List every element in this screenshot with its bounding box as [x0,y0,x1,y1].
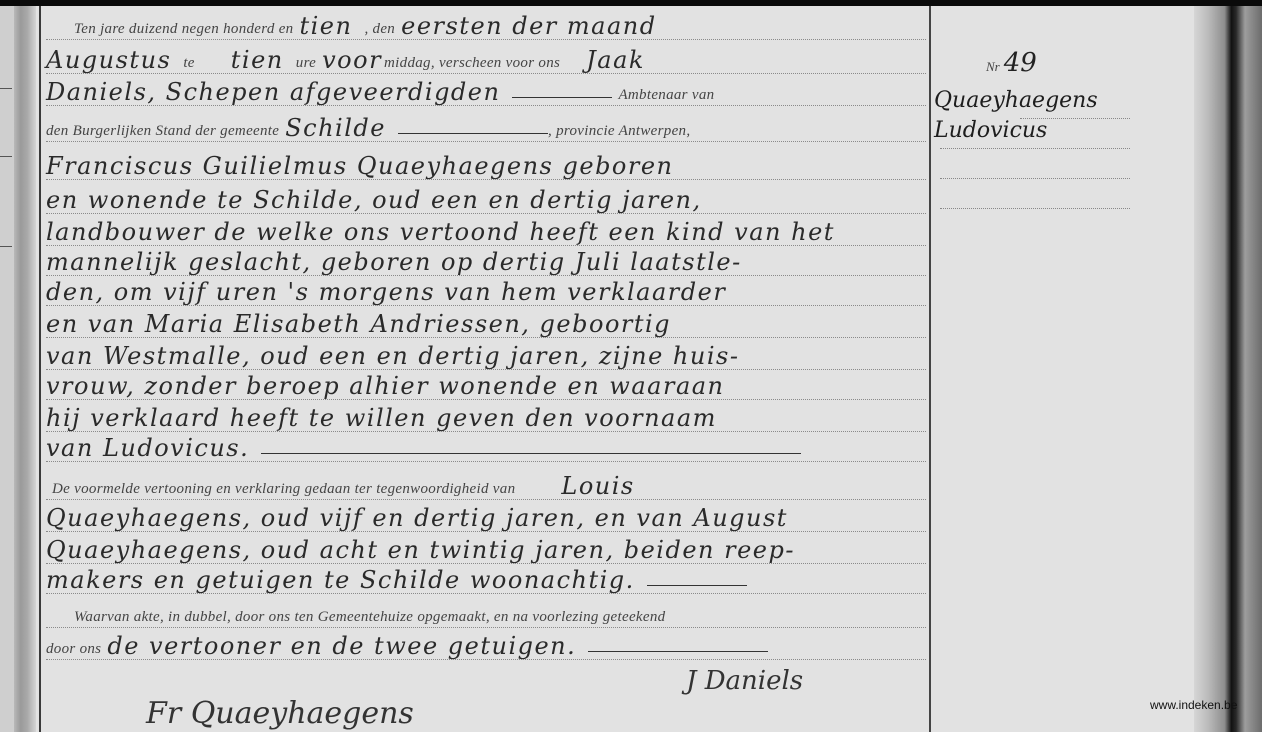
printed-text: De voormelde vertooning en verklaring ge… [46,481,521,502]
margin-column: Nr 49 Quaeyhaegens Ludovicus [934,6,1189,732]
text-line-17: Quaeyhaegens, oud acht en twintig jaren,… [46,532,926,566]
text-line-2: Augustus te tien ure voor middag, versch… [46,42,926,76]
page-edge-mark [0,156,12,157]
act-number-label: Nr [986,59,1000,74]
text-line-19: Waarvan akte, in dubbel, door ons ten Ge… [46,596,926,630]
margin-given-name: Ludovicus [934,118,1047,143]
text-line-10: en van Maria Elisabeth Andriessen, geboo… [46,306,926,340]
printed-text: te [183,55,200,76]
fill-dash [261,453,801,454]
text-line-20: door ons de vertooner en de twee getuige… [46,628,926,662]
act-number: Nr 49 [986,48,1037,78]
text-line-7: landbouwer de welke ons vertoond heeft e… [46,214,926,248]
handwritten-text: eersten der maand [401,12,669,42]
fill-dash [647,585,747,586]
certificate-body: Ten jare duizend negen honderd en tien ,… [46,6,926,732]
handwritten-text: Augustus [46,46,183,76]
text-line-14: van Ludovicus. [46,430,926,464]
text-line-9: den, om vijf uren 's morgens van hem ver… [46,274,926,308]
printed-text: , provincie Antwerpen, [548,123,696,144]
handwritten-text: vrouw, zonder beroep alhier wonende en w… [46,372,737,402]
handwritten-text: voor [322,46,384,76]
dotted-rule [940,208,1130,209]
page-edge-mark [0,88,12,89]
text-line-6: en wonende te Schilde, oud een en dertig… [46,182,926,216]
official-signature: J Daniels [686,666,803,696]
fill-dash [398,133,548,134]
text-line-11: van Westmalle, oud een en dertig jaren, … [46,338,926,372]
handwritten-text: Daniels, Schepen afgeveerdigden [46,78,512,108]
handwritten-text: Jaak [566,46,657,76]
text-line-3: Daniels, Schepen afgeveerdigden Ambtenaa… [46,74,926,108]
handwritten-text: en van Maria Elisabeth Andriessen, geboo… [46,310,683,340]
text-line-1: Ten jare duizend negen honderd en tien ,… [46,8,926,42]
text-line-16: Quaeyhaegens, oud vijf en dertig jaren, … [46,500,926,534]
margin-surname: Quaeyhaegens [934,88,1098,113]
margin-column-rule [929,6,931,732]
book-binding [14,6,36,732]
text-line-12: vrouw, zonder beroep alhier wonende en w… [46,368,926,402]
handwritten-text: makers en getuigen te Schilde woonachtig… [46,566,647,596]
handwritten-text: tien [299,12,364,42]
act-number-value: 49 [1004,48,1037,78]
printed-text: , den [364,21,401,42]
page-edge-mark [0,246,12,247]
text-line-4: den Burgerlijken Stand der gemeente Schi… [46,110,926,144]
printed-text: den Burgerlijken Stand der gemeente [46,123,285,144]
dotted-rule [940,178,1130,179]
handwritten-text: den, om vijf uren 's morgens van hem ver… [46,278,738,308]
handwritten-text: Schilde [285,114,398,144]
handwritten-text: van Ludovicus. [46,434,261,464]
watermark-text: www.indeken.be [1150,698,1237,712]
handwritten-text: Louis [521,472,646,502]
fill-dash [588,651,768,652]
father-signature: Fr Quaeyhaegens [146,696,414,731]
printed-text: Ten jare duizend negen honderd en [46,21,299,42]
text-line-15: De voormelde vertooning en verklaring ge… [46,468,926,502]
printed-text: Waarvan akte, in dubbel, door ons ten Ge… [46,609,671,630]
book-edge-right [1194,6,1262,732]
text-line-8: mannelijk geslacht, geboren op dertig Ju… [46,244,926,278]
text-line-5: Franciscus Guilielmus Quaeyhaegens gebor… [46,148,926,182]
handwritten-text: Quaeyhaegens, oud vijf en dertig jaren, … [46,504,800,534]
previous-page-edge [0,6,14,732]
dotted-rule [940,148,1130,149]
text-line-18: makers en getuigen te Schilde woonachtig… [46,562,926,596]
text-line-13: hij verklaard heeft te willen geven den … [46,400,926,434]
printed-text: door ons [46,641,107,662]
handwritten-text: tien [201,46,296,76]
fill-dash [512,97,612,98]
printed-text: middag, verscheen voor ons [384,55,566,76]
printed-text: ure [296,55,322,76]
handwritten-text: Franciscus Guilielmus Quaeyhaegens gebor… [46,152,686,182]
handwritten-text: en wonende te Schilde, oud een en dertig… [46,186,714,216]
handwritten-text: de vertooner en de twee getuigen. [107,632,588,662]
page-left-rule [39,6,41,732]
printed-text: Ambtenaar van [612,87,720,108]
